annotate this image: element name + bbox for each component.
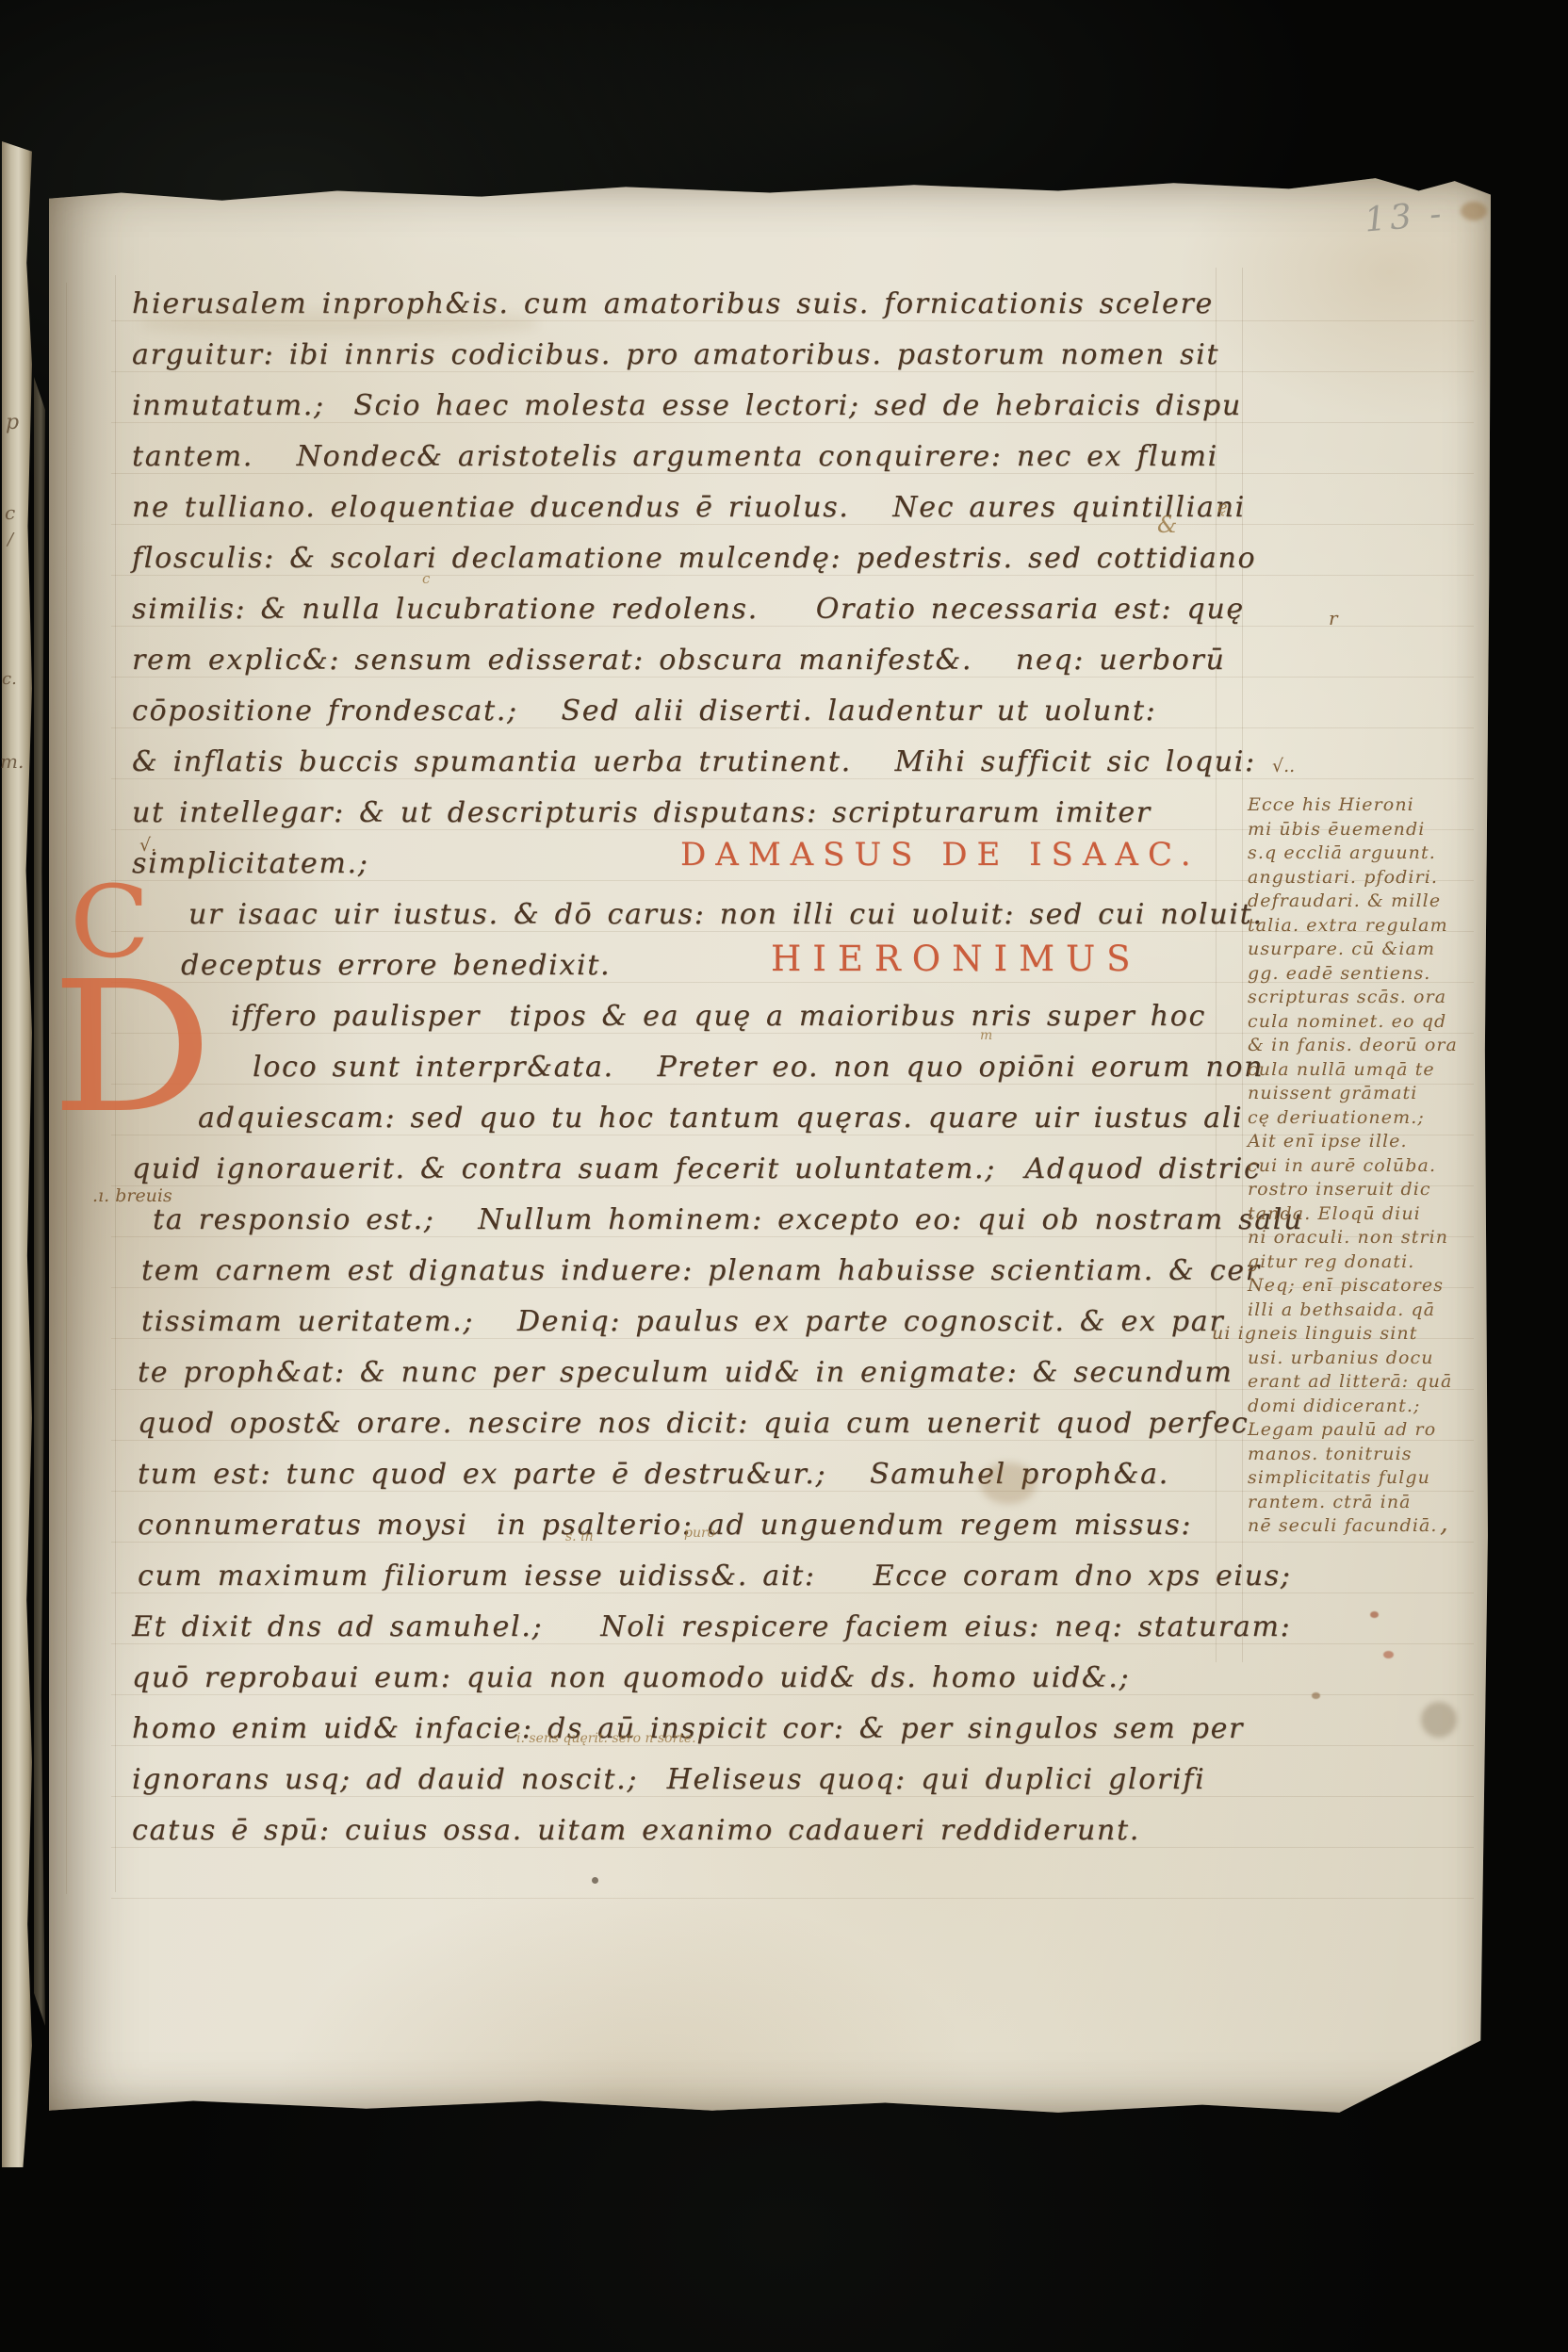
gloss-line: scripturas scās. ora [1248, 986, 1483, 1010]
gloss-line: ni oraculi. non strin [1248, 1226, 1483, 1250]
margin-note: √. [139, 837, 156, 855]
gloss-line: Ait enī ipse ille. [1248, 1130, 1483, 1154]
gloss-line: gitur reg donati. [1248, 1250, 1483, 1275]
gutter-letter: p [6, 413, 19, 433]
text-line: tantem. Nondec& aristotelis argumenta co… [0, 432, 1508, 482]
interlinear-gloss: puro [684, 1527, 715, 1540]
text-line: similis: & nulla lucubratione redolens. … [0, 584, 1508, 635]
gloss-line: & in fanis. deorū ora [1248, 1034, 1483, 1058]
gloss-line: mi ūbis ēuemendi [1248, 818, 1483, 842]
gloss-line: gg. eadē sentiens. [1248, 962, 1483, 987]
gutter-letter: m. [0, 752, 24, 771]
gloss-line: cula nominet. eo qd [1248, 1010, 1483, 1035]
gloss-line: illi a bethsaida. qā [1248, 1298, 1483, 1323]
margin-note: r [1329, 609, 1338, 628]
gloss-line: usi. urbanius docu [1248, 1347, 1483, 1371]
gutter-letter: c. [2, 671, 17, 688]
margin-note: , [1440, 1510, 1448, 1536]
gutter-letter: c [5, 503, 15, 522]
gloss-line: cula nullā umqā te [1248, 1058, 1483, 1083]
gloss-line: angustiari. pfodiri. [1248, 866, 1483, 890]
text-line: inmutatum.; Scio haec molesta esse lecto… [0, 381, 1508, 432]
text-line: arguitur: ibi innris codicibus. pro amat… [0, 330, 1508, 381]
interlinear-gloss: i. sens quęrit. sero n sorte. [516, 1732, 696, 1745]
pencil-folio-number: 13 - [1363, 194, 1446, 239]
text-line: hierusalem inproph&is. cum amatoribus su… [0, 279, 1508, 330]
text-line: flosculis: & scolari declamatione mulcen… [0, 533, 1508, 584]
gloss-line: talia. extra regulam [1248, 914, 1483, 939]
text-line: cum maximum filiorum iesse uidiss&. ait:… [0, 1551, 1508, 1602]
text-line: Et dixit dns ad samuhel.; Noli respicere… [0, 1602, 1508, 1653]
gloss-line: simplicitatis fulgu [1248, 1466, 1483, 1491]
marginal-gloss-column: Ecce his Hieronimi ūbis ēuemendis.q eccl… [1248, 793, 1483, 1539]
interlinear-gloss: m [980, 1029, 992, 1042]
gloss-line: Legam paulū ad ro [1248, 1418, 1483, 1443]
rubric-heading: HIERONIMUS [771, 941, 1142, 976]
gloss-line: usurpare. cū &iam [1248, 938, 1483, 962]
gloss-line: cę deriuationem.; [1248, 1106, 1483, 1131]
text-line: rem explic&: sensum edisserat: obscura m… [0, 635, 1508, 686]
interlinear-gloss: ę [1217, 499, 1228, 516]
gloss-line: s.q eccliā arguunt. [1248, 841, 1483, 866]
interlinear-gloss: s. in [565, 1530, 594, 1543]
interlinear-gloss: c [422, 572, 430, 586]
gloss-line: tanda. Eloqū diui [1248, 1202, 1483, 1227]
text-line: ne tulliano. eloquentiae ducendus ē riuo… [0, 482, 1508, 533]
gloss-line: nuissent grāmati [1248, 1082, 1483, 1106]
text-line: ignorans usq; ad dauid noscit.; Heliseus… [0, 1755, 1508, 1805]
margin-note: √.. [1272, 758, 1295, 776]
gloss-line: erant ad litterā: quā [1248, 1370, 1483, 1395]
gloss-line: domi didicerant.; [1248, 1395, 1483, 1419]
gloss-line: Ecce his Hieroni [1248, 793, 1483, 818]
gloss-line: manos. tonitruis [1248, 1443, 1483, 1467]
gloss-line: rostro inseruit dic [1248, 1178, 1483, 1202]
photograph-background: hierusalem inproph&is. cum amatoribus su… [0, 0, 1568, 2352]
gutter-letter: / [8, 531, 13, 548]
gloss-line: ui igneis linguis sint [1212, 1322, 1483, 1347]
margin-note: .ı. breuis [92, 1187, 172, 1205]
interlinear-gloss: & [1157, 514, 1177, 536]
text-line: catus ē spū: cuius ossa. uitam exanimo c… [0, 1805, 1508, 1856]
text-line: cōpositione frondescat.; Sed alii disert… [0, 686, 1508, 737]
gloss-line: defraudari. & mille [1248, 890, 1483, 914]
decorated-initial: D [51, 978, 213, 1119]
gloss-line: Neq; enī piscatores [1248, 1274, 1483, 1298]
rubric-heading: DAMASUS DE ISAAC. [680, 839, 1200, 871]
gloss-line: cui in aurē colūba. [1248, 1154, 1483, 1179]
text-line: homo enim uid& infacie: ds aū inspicit c… [0, 1704, 1508, 1755]
text-line: quō reprobaui eum: quia non quomodo uid&… [0, 1653, 1508, 1704]
